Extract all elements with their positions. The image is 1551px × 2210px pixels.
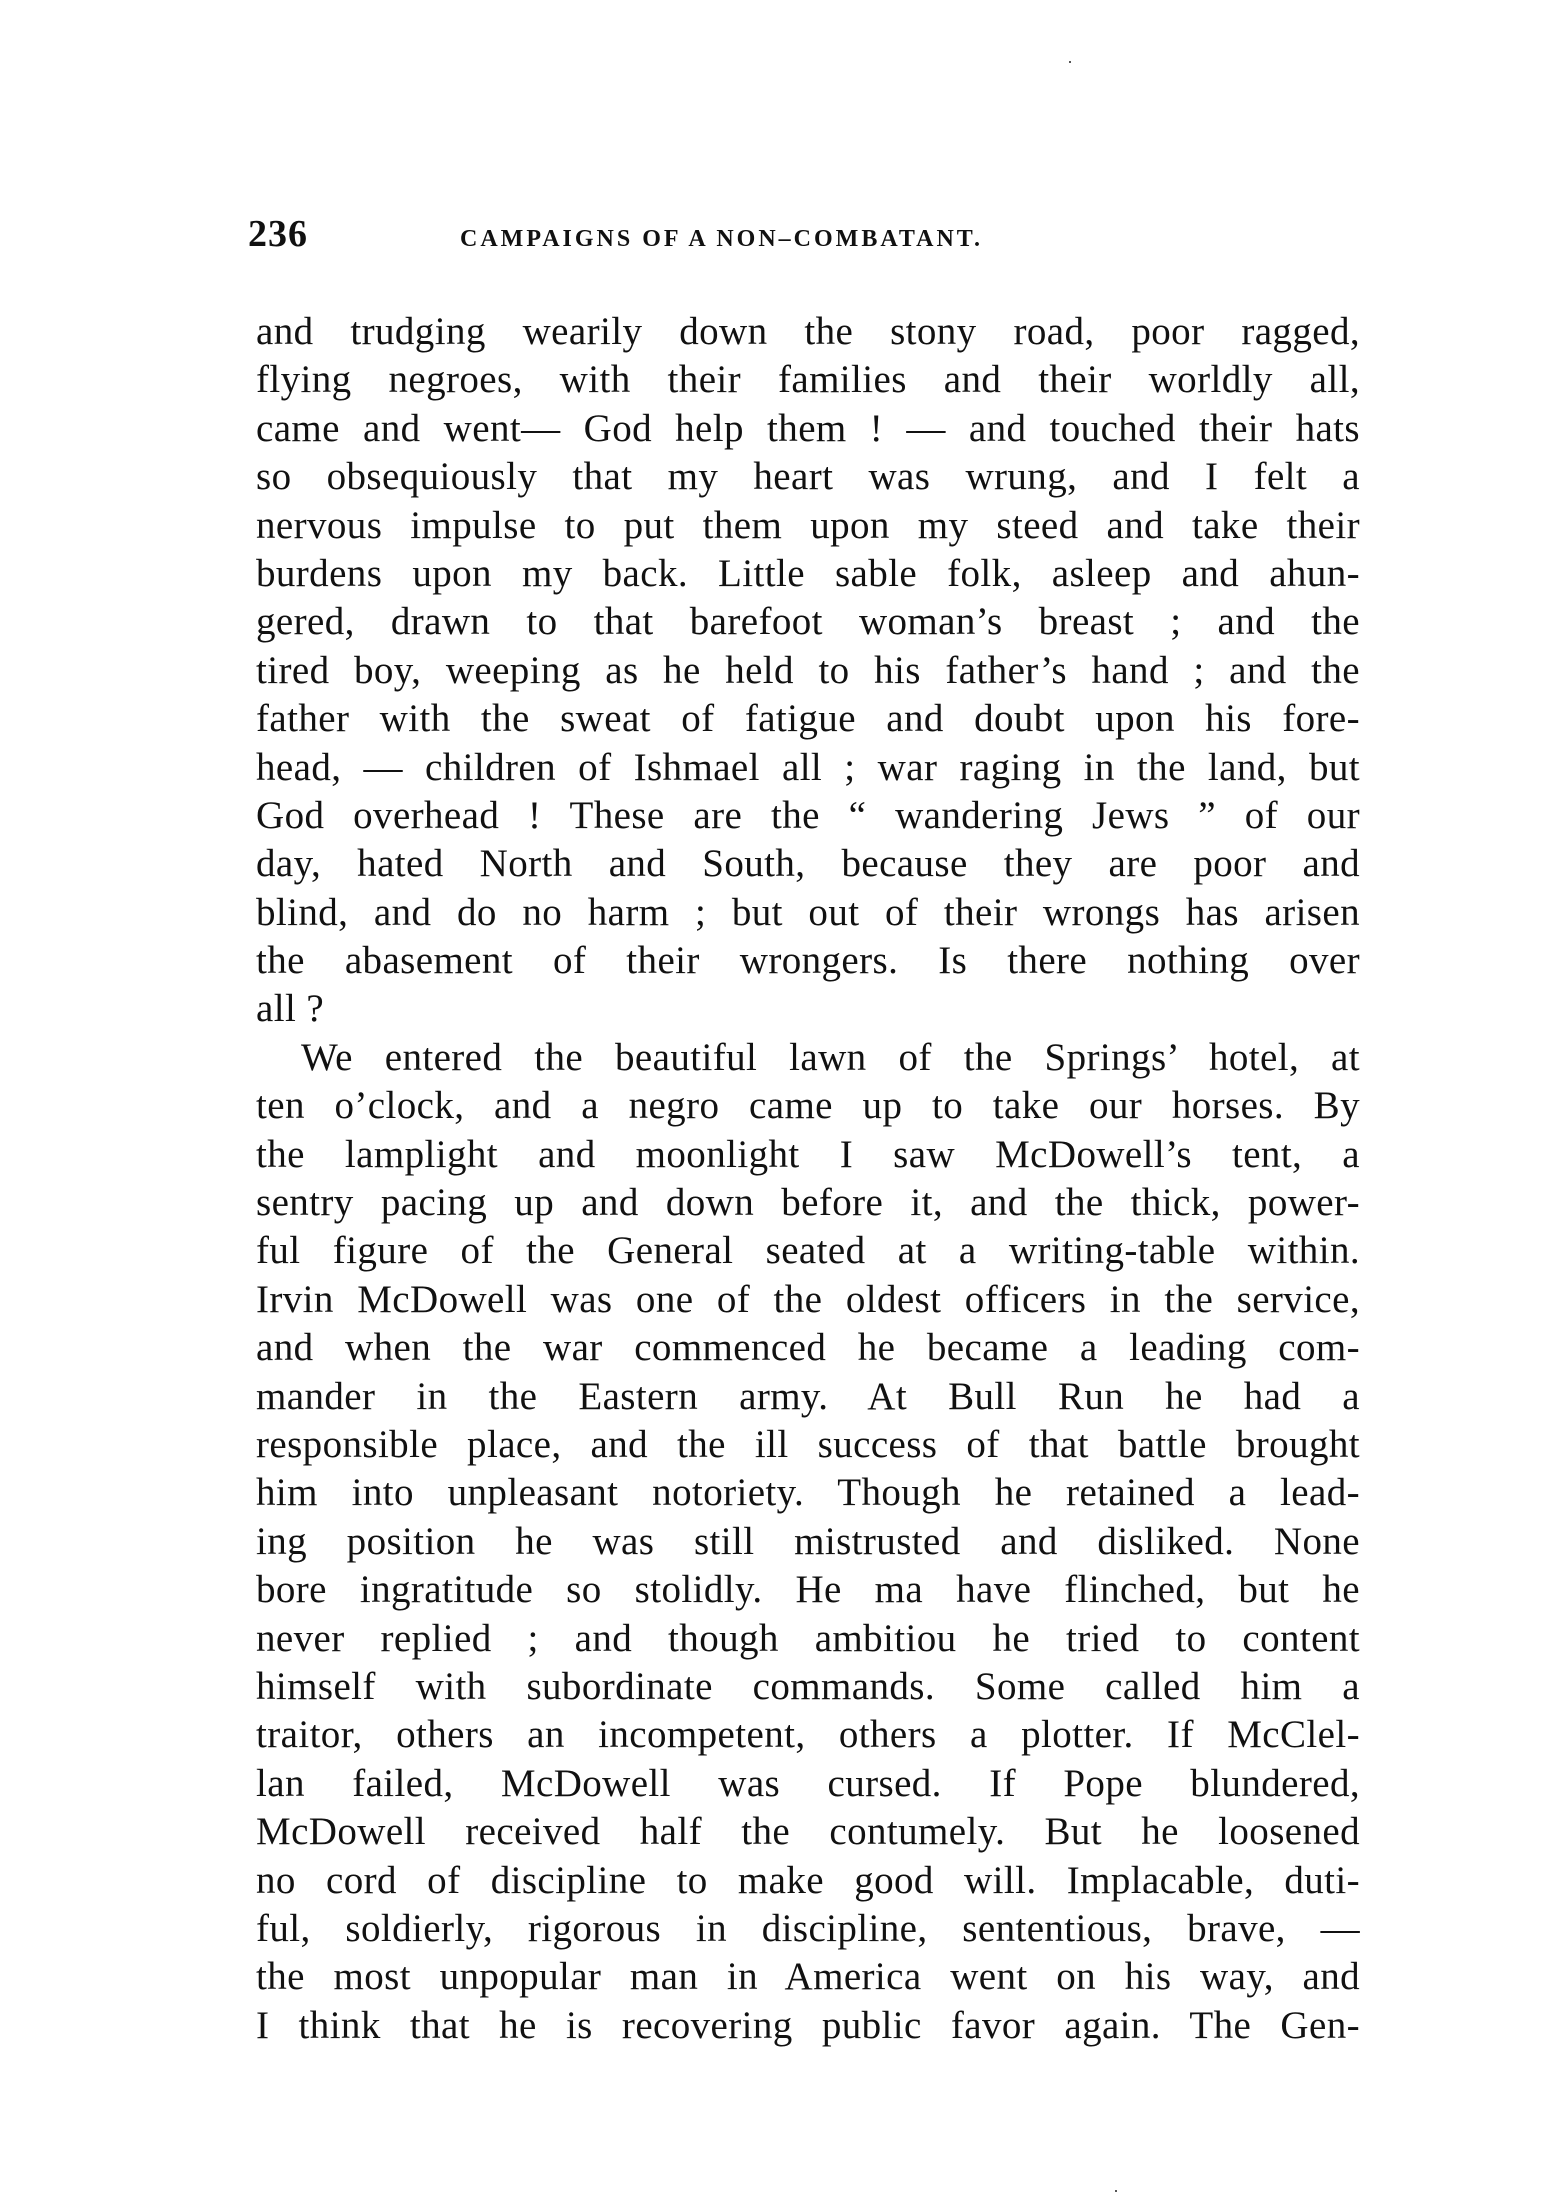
running-header: 236 CAMPAIGNS OF A NON–COMBATANT. (248, 212, 1358, 256)
text-line: father with the sweat of fatigue and dou… (256, 695, 1360, 743)
running-title: CAMPAIGNS OF A NON–COMBATANT. (460, 224, 983, 254)
text-line: and when the war commenced he became a l… (256, 1324, 1360, 1372)
scan-speck (1115, 2190, 1117, 2192)
text-line: head, — children of Ishmael all ; war ra… (256, 744, 1360, 792)
text-line: him into unpleasant notoriety. Though he… (256, 1469, 1360, 1517)
text-line: ing position he was still mistrusted and… (256, 1518, 1360, 1566)
text-line: so obsequiously that my heart was wrung,… (256, 453, 1360, 501)
text-line: ful figure of the General seated at a wr… (256, 1227, 1360, 1275)
text-line: gered, drawn to that barefoot woman’s br… (256, 598, 1360, 646)
text-line: burdens upon my back. Little sable folk,… (256, 550, 1360, 598)
text-line: ful, soldierly, rigorous in discipline, … (256, 1905, 1360, 1953)
text-line: the abasement of their wrongers. Is ther… (256, 937, 1360, 985)
text-line: nervous impulse to put them upon my stee… (256, 502, 1360, 550)
text-line: the lamplight and moonlight I saw McDowe… (256, 1131, 1360, 1179)
text-line: the most unpopular man in America went o… (256, 1953, 1360, 2001)
text-line: mander in the Eastern army. At Bull Run … (256, 1373, 1360, 1421)
text-line: ten o’clock, and a negro came up to take… (256, 1082, 1360, 1130)
text-line: McDowell received half the contumely. Bu… (256, 1808, 1360, 1856)
book-page: 236 CAMPAIGNS OF A NON–COMBATANT. and tr… (0, 0, 1551, 2210)
page-number: 236 (248, 212, 308, 256)
text-line: no cord of discipline to make good will.… (256, 1857, 1360, 1905)
scan-speck (1069, 61, 1071, 63)
body-text: and trudging wearily down the stony road… (256, 308, 1360, 2050)
text-line: and trudging wearily down the stony road… (256, 308, 1360, 356)
text-line: sentry pacing up and down before it, and… (256, 1179, 1360, 1227)
text-line: blind, and do no harm ; but out of their… (256, 889, 1360, 937)
text-line: traitor, others an incompetent, others a… (256, 1711, 1360, 1759)
text-line: I think that he is recovering public fav… (256, 2002, 1360, 2050)
text-line: responsible place, and the ill success o… (256, 1421, 1360, 1469)
text-line: bore ingratitude so stolidly. He ma have… (256, 1566, 1360, 1614)
text-line: himself with subordinate commands. Some … (256, 1663, 1360, 1711)
text-line: never replied ; and though ambitiou he t… (256, 1615, 1360, 1663)
paragraph-end-line: all ? (256, 985, 1360, 1033)
text-line: came and went— God help them ! — and tou… (256, 405, 1360, 453)
paragraph-start-line: We entered the beautiful lawn of the Spr… (256, 1034, 1360, 1082)
text-line: tired boy, weeping as he held to his fat… (256, 647, 1360, 695)
text-line: lan failed, McDowell was cursed. If Pope… (256, 1760, 1360, 1808)
text-line: Irvin McDowell was one of the oldest off… (256, 1276, 1360, 1324)
text-line: flying negroes, with their families and … (256, 356, 1360, 404)
text-line: day, hated North and South, because they… (256, 840, 1360, 888)
text-line: God overhead ! These are the “ wandering… (256, 792, 1360, 840)
